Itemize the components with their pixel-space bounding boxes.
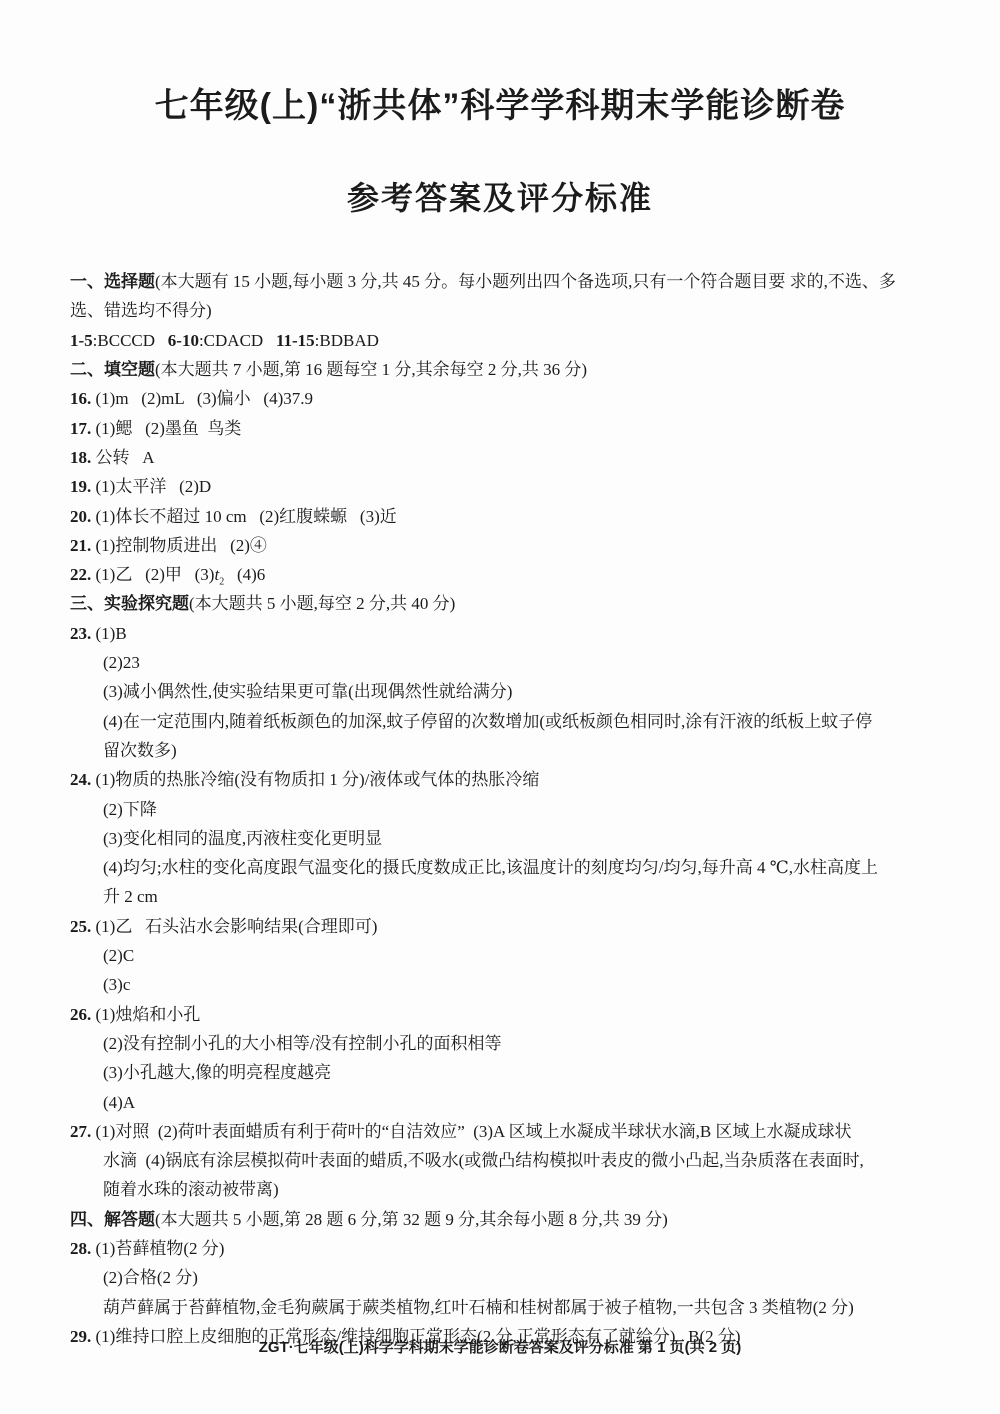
text-segment: 葫芦藓属于苔藓植物,金毛狗蕨属于蕨类植物,红叶石楠和桂树都属于被子植物,一共包含… [103,1298,854,1317]
answer-26-1: 26. (1)烛焰和小孔 [70,1000,952,1029]
page-title: 七年级(上)“浙共体”科学学科期末学能诊断卷 [0,86,1000,127]
answer-23-1: 23. (1)B [70,619,952,648]
answer-28-2: (2)合格(2 分) [70,1263,952,1292]
answer-18: 18. 公转 A [70,443,952,472]
answer-24-1: 24. (1)物质的热胀冷缩(没有物质扣 1 分)/液体或气体的热胀冷缩 [70,765,952,794]
text-segment: (2)下降 [103,800,157,819]
text-segment: (2)没有控制小孔的大小相等/没有控制小孔的面积相等 [103,1034,502,1053]
text-segment: (1)m (2)mL (3)偏小 (4)37.9 [91,389,313,408]
answer-body: 一、选择题(本大题有 15 小题,每小题 3 分,共 45 分。每小题列出四个备… [70,267,952,1351]
text-segment: 19. [70,477,91,496]
answer-24-4-wrap: 升 2 cm [70,882,952,911]
answer-24-4: (4)均匀;水柱的变化高度跟气温变化的摄氏度数成正比,该温度计的刻度均匀/均匀,… [70,853,952,882]
answer-19: 19. (1)太平洋 (2)D [70,472,952,501]
answer-23-3: (3)减小偶然性,使实验结果更可靠(出现偶然性就给满分) [70,677,952,706]
answer-16: 16. (1)m (2)mL (3)偏小 (4)37.9 [70,384,952,413]
text-segment: (本大题共 5 小题,第 28 题 6 分,第 32 题 9 分,其余每小题 8… [155,1210,668,1229]
answer-23-2: (2)23 [70,648,952,677]
text-segment: :BDBAD [315,331,379,350]
text-segment: (3)变化相同的温度,丙液柱变化更明显 [103,829,382,848]
text-segment: (本大题有 15 小题,每小题 3 分,共 45 分。每小题列出四个备选项,只有… [155,272,896,291]
text-segment: 随着水珠的滚动被带离) [103,1180,279,1199]
text-segment: (3)小孔越大,像的明亮程度越亮 [103,1063,331,1082]
text-segment: (4)在一定范围内,随着纸板颜色的加深,蚊子停留的次数增加(或纸板颜色相同时,涂… [103,712,872,731]
text-segment: (2)C [103,946,134,965]
answer-25-3: (3)c [70,970,952,999]
text-segment: :CDACD [199,331,276,350]
text-segment: 11-15 [276,331,315,350]
text-segment: 二、填空题 [70,360,155,379]
answer-27-wrap1: 水滴 (4)锅底有涂层模拟荷叶表面的蜡质,不吸水(或微凸结构模拟叶表皮的微小凸起… [70,1146,952,1175]
text-segment: 27. [70,1122,91,1141]
text-segment: :BCCCD [93,331,168,350]
text-segment: 升 2 cm [103,887,158,906]
answer-26-2: (2)没有控制小孔的大小相等/没有控制小孔的面积相等 [70,1029,952,1058]
text-segment: 26. [70,1005,91,1024]
answer-26-4: (4)A [70,1088,952,1117]
text-segment: (4)A [103,1093,135,1112]
text-segment: (1)对照 (2)荷叶表面蜡质有利于荷叶的“自洁效应” (3)A 区域上水凝成半… [91,1122,851,1141]
text-segment: 三、实验探究题 [70,594,189,613]
text-segment: 16. [70,389,91,408]
text-segment: (1)控制物质进出 (2)④ [91,536,267,555]
text-segment: 24. [70,770,91,789]
text-segment: (1)乙 石头沾水会影响结果(合理即可) [91,917,377,936]
text-segment: (3)c [103,975,130,994]
text-segment: 18. [70,448,91,467]
answer-24-3: (3)变化相同的温度,丙液柱变化更明显 [70,824,952,853]
text-segment: 1-5 [70,331,93,350]
text-segment: 四、解答题 [70,1210,155,1229]
text-segment: 留次数多) [103,741,177,760]
text-segment: 20. [70,507,91,526]
answer-23-4-wrap: 留次数多) [70,736,952,765]
choice-answers: 1-5:BCCCD 6-10:CDACD 11-15:BDBAD [70,326,952,355]
answer-28-note: 葫芦藓属于苔藓植物,金毛狗蕨属于蕨类植物,红叶石楠和桂树都属于被子植物,一共包含… [70,1293,952,1322]
answer-20: 20. (1)体长不超过 10 cm (2)红腹蝾螈 (3)近 [70,502,952,531]
text-segment: 公转 A [91,448,154,467]
answer-28-1: 28. (1)苔藓植物(2 分) [70,1234,952,1263]
answer-25-2: (2)C [70,941,952,970]
section-experiment-header: 三、实验探究题(本大题共 5 小题,每空 2 分,共 40 分) [70,589,952,618]
answer-25-1: 25. (1)乙 石头沾水会影响结果(合理即可) [70,912,952,941]
answer-22: 22. (1)乙 (2)甲 (3)t2 (4)6 [70,560,952,589]
text-segment: 28. [70,1239,91,1258]
text-segment: 23. [70,624,91,643]
section-fill-header: 二、填空题(本大题共 7 小题,第 16 题每空 1 分,其余每空 2 分,共 … [70,355,952,384]
answer-27-wrap2: 随着水珠的滚动被带离) [70,1175,952,1204]
answer-23-4: (4)在一定范围内,随着纸板颜色的加深,蚊子停留的次数增加(或纸板颜色相同时,涂… [70,707,952,736]
answer-17: 17. (1)鳃 (2)墨鱼 鸟类 [70,414,952,443]
text-segment: 选、错选均不得分) [70,301,212,320]
text-segment: (1)鳃 (2)墨鱼 鸟类 [91,419,241,438]
text-segment: 水滴 (4)锅底有涂层模拟荷叶表面的蜡质,不吸水(或微凸结构模拟叶表皮的微小凸起… [103,1151,864,1170]
text-segment: (1)苔藓植物(2 分) [91,1239,224,1258]
text-segment: (4)6 [224,565,265,584]
text-segment: (1)体长不超过 10 cm (2)红腹蝾螈 (3)近 [91,507,397,526]
text-segment: (2)23 [103,653,140,672]
answer-24-2: (2)下降 [70,795,952,824]
section-choice-header-wrap: 选、错选均不得分) [70,296,952,325]
text-segment: (1)B [91,624,126,643]
section-choice-header: 一、选择题(本大题有 15 小题,每小题 3 分,共 45 分。每小题列出四个备… [70,267,952,296]
section-solve-header: 四、解答题(本大题共 5 小题,第 28 题 6 分,第 32 题 9 分,其余… [70,1205,952,1234]
text-segment: (1)烛焰和小孔 [91,1005,200,1024]
text-segment: 21. [70,536,91,555]
text-segment: (本大题共 7 小题,第 16 题每空 1 分,其余每空 2 分,共 36 分) [155,360,587,379]
text-segment: (1)太平洋 (2)D [91,477,211,496]
answer-26-3: (3)小孔越大,像的明亮程度越亮 [70,1058,952,1087]
text-segment: 22. [70,565,91,584]
page-footer: ZGT·七年级(上)科学学科期末学能诊断卷答案及评分标准 第 1 页(共 2 页… [0,1336,1000,1357]
text-segment: (1)乙 (2)甲 (3) [91,565,214,584]
text-segment: (4)均匀;水柱的变化高度跟气温变化的摄氏度数成正比,该温度计的刻度均匀/均匀,… [103,858,878,877]
text-segment: 25. [70,917,91,936]
page-subtitle: 参考答案及评分标准 [0,179,1000,217]
text-segment: (本大题共 5 小题,每空 2 分,共 40 分) [189,594,455,613]
answer-21: 21. (1)控制物质进出 (2)④ [70,531,952,560]
text-segment: 一、选择题 [70,272,155,291]
text-segment: (3)减小偶然性,使实验结果更可靠(出现偶然性就给满分) [103,682,512,701]
answer-sheet-page: { "colors": { "background": "#fdfdfd", "… [0,0,1000,1414]
text-segment: (1)物质的热胀冷缩(没有物质扣 1 分)/液体或气体的热胀冷缩 [91,770,539,789]
text-segment: (2)合格(2 分) [103,1268,198,1287]
text-segment: 6-10 [168,331,199,350]
text-segment: 17. [70,419,91,438]
answer-27-1: 27. (1)对照 (2)荷叶表面蜡质有利于荷叶的“自洁效应” (3)A 区域上… [70,1117,952,1146]
